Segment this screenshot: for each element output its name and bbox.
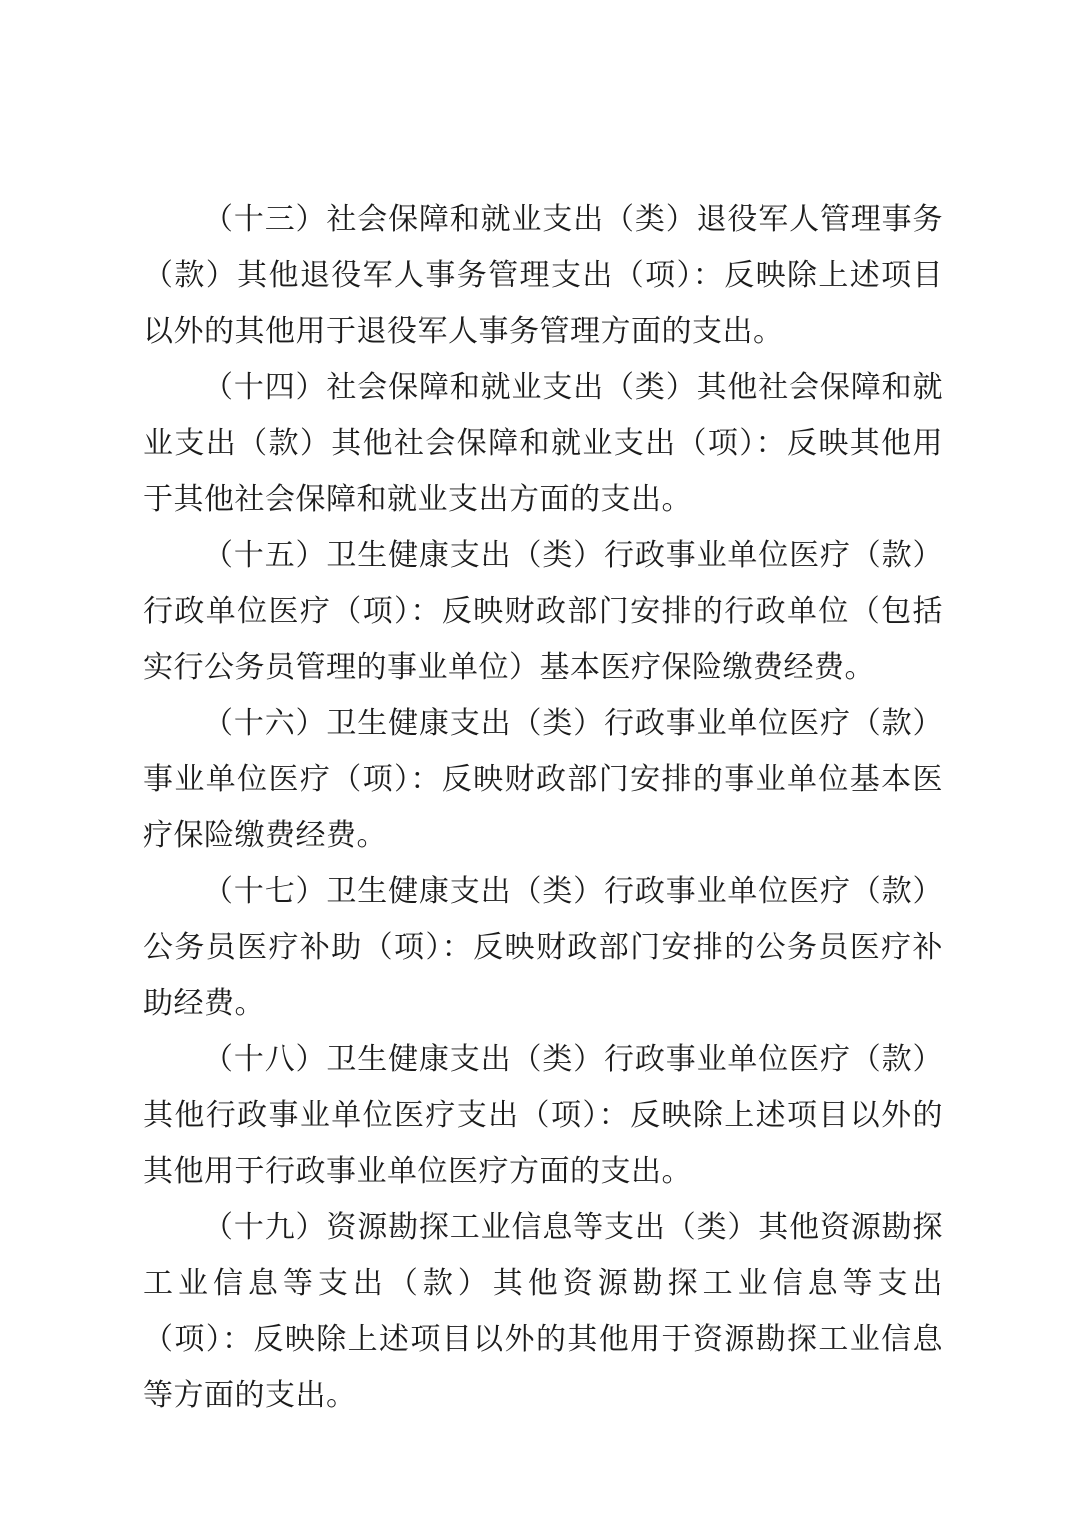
paragraph-item-13: （十三）社会保障和就业支出（类）退役军人管理事务（款）其他退役军人事务管理支出（…	[143, 192, 943, 360]
paragraph-item-17: （十七）卫生健康支出（类）行政事业单位医疗（款）公务员医疗补助（项）：反映财政部…	[143, 864, 943, 1032]
paragraph-item-19: （十九）资源勘探工业信息等支出（类）其他资源勘探工业信息等支出（款）其他资源勘探…	[143, 1200, 943, 1424]
paragraph-item-18: （十八）卫生健康支出（类）行政事业单位医疗（款）其他行政事业单位医疗支出（项）：…	[143, 1032, 943, 1200]
paragraph-item-16: （十六）卫生健康支出（类）行政事业单位医疗（款）事业单位医疗（项）：反映财政部门…	[143, 696, 943, 864]
document-text-block: （十三）社会保障和就业支出（类）退役军人管理事务（款）其他退役军人事务管理支出（…	[143, 192, 943, 1424]
paragraph-item-14: （十四）社会保障和就业支出（类）其他社会保障和就业支出（款）其他社会保障和就业支…	[143, 360, 943, 528]
paragraph-item-15: （十五）卫生健康支出（类）行政事业单位医疗（款）行政单位医疗（项）：反映财政部门…	[143, 528, 943, 696]
document-page: （十三）社会保障和就业支出（类）退役军人管理事务（款）其他退役军人事务管理支出（…	[0, 0, 1074, 1520]
